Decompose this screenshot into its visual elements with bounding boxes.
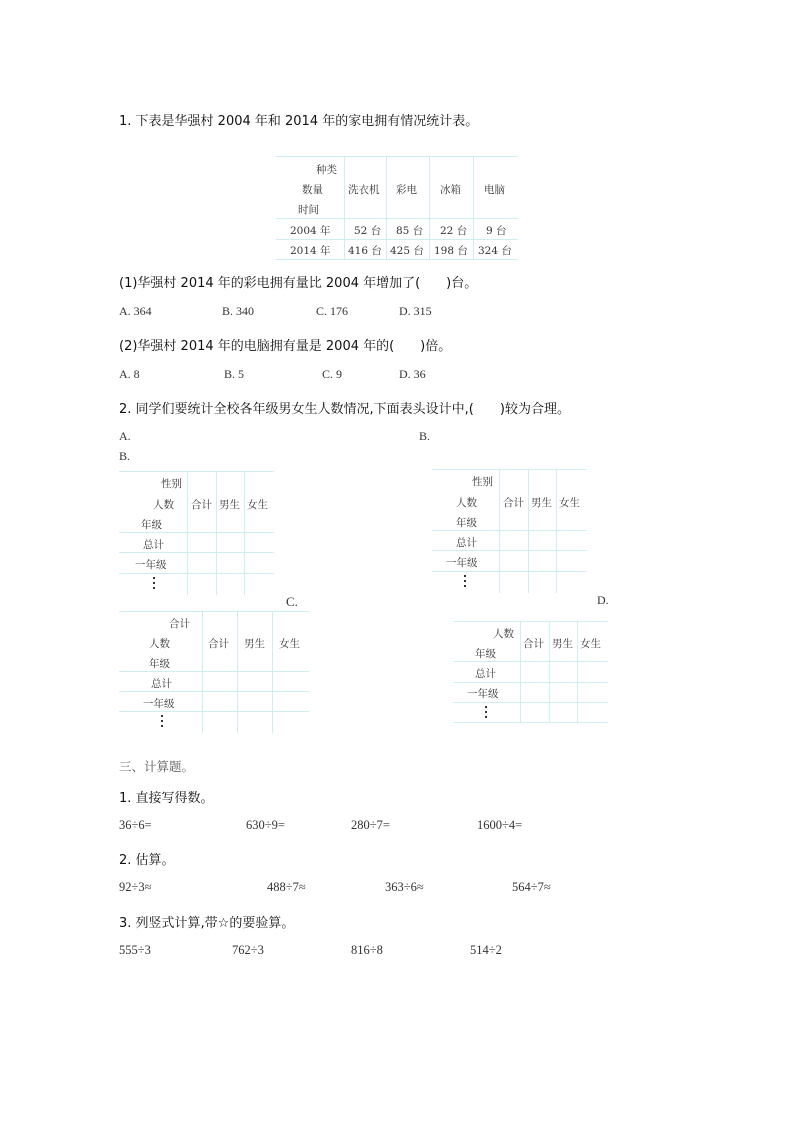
- cell-2004-computer: 9 台: [486, 223, 507, 238]
- cell-2014-washer: 416 台: [348, 243, 382, 258]
- corner-count-label: 人数: [153, 497, 174, 512]
- row-label-2004: 2004 年: [290, 223, 331, 238]
- column-girls: 女生: [580, 636, 601, 651]
- ellipsis-icon: [485, 706, 487, 721]
- row-grade-one: 一年级: [143, 696, 175, 711]
- corner-grade-label: 年级: [149, 656, 170, 671]
- column-header-computer: 电脑: [484, 182, 505, 197]
- label-d: D.: [597, 593, 609, 608]
- option-d: D. 315: [399, 304, 432, 319]
- corner-gender-label: 性别: [472, 474, 493, 489]
- corner-grade-label: 年级: [456, 515, 477, 530]
- column-total: 合计: [503, 495, 524, 510]
- vertical-calc-item: 514÷2: [470, 943, 502, 958]
- direct-calc-item: 630÷9=: [246, 818, 285, 833]
- option-b: B. 340: [222, 304, 254, 319]
- label-a: A.: [119, 429, 131, 444]
- row-total: 总计: [143, 537, 164, 552]
- header-table-d: 人数 年级 合计 男生 女生 总计 一年级: [453, 621, 608, 723]
- option-a: A. 8: [119, 367, 140, 382]
- header-table-a: 性别 人数 年级 合计 男生 女生 总计 一年级: [119, 471, 274, 595]
- header-table-c: 合计 人数 年级 合计 男生 女生 总计 一年级: [119, 611, 309, 733]
- corner-total-label: 合计: [169, 616, 190, 631]
- column-boys: 男生: [219, 497, 240, 512]
- sub-question-2: (2)华强村 2014 年的电脑拥有量是 2004 年的( )倍。: [119, 335, 451, 354]
- row-grade-one: 一年级: [467, 686, 499, 701]
- row-grade-one: 一年级: [446, 555, 478, 570]
- option-c: C. 9: [322, 367, 342, 382]
- vertical-calc-item: 555÷3: [119, 943, 151, 958]
- label-b-right: B.: [419, 429, 430, 444]
- estimate-item: 363÷6≈: [385, 880, 424, 895]
- ellipsis-icon: [153, 577, 155, 592]
- cell-2004-washer: 52 台: [354, 223, 381, 238]
- corner-quantity-label: 数量: [302, 182, 323, 197]
- vertical-calc-item: 816÷8: [351, 943, 383, 958]
- option-a: A. 364: [119, 304, 152, 319]
- question-1-title: 1. 下表是华强村 2004 年和 2014 年的家电拥有情况统计表。: [119, 110, 478, 129]
- row-grade-one: 一年级: [135, 557, 167, 572]
- vertical-calc-item: 762÷3: [232, 943, 264, 958]
- corner-count-label: 人数: [456, 495, 477, 510]
- row-total: 总计: [475, 666, 496, 681]
- corner-category-label: 种类: [316, 162, 337, 177]
- option-b: B. 5: [224, 367, 244, 382]
- row-total: 总计: [151, 676, 172, 691]
- column-total: 合计: [208, 636, 229, 651]
- section-3-heading: 三、计算题。: [119, 757, 194, 775]
- corner-grade-label: 年级: [475, 646, 496, 661]
- cell-2014-tv: 425 台: [390, 243, 424, 258]
- sub-question-1: (1)华强村 2014 年的彩电拥有量比 2004 年增加了( )台。: [119, 272, 477, 291]
- column-header-washer: 洗衣机: [348, 182, 380, 197]
- column-girls: 女生: [279, 636, 300, 651]
- cell-2004-fridge: 22 台: [440, 223, 467, 238]
- column-header-fridge: 冰箱: [440, 182, 461, 197]
- cell-2004-tv: 85 台: [396, 223, 423, 238]
- corner-time-label: 时间: [298, 202, 319, 217]
- column-boys: 男生: [244, 636, 265, 651]
- ellipsis-icon: [161, 715, 163, 730]
- corner-grade-label: 年级: [141, 517, 162, 532]
- section-3-q1-title: 1. 直接写得数。: [119, 787, 214, 806]
- column-girls: 女生: [247, 497, 268, 512]
- option-d: D. 36: [399, 367, 426, 382]
- cell-2014-computer: 324 台: [478, 243, 512, 258]
- column-boys: 男生: [531, 495, 552, 510]
- column-total: 合计: [191, 497, 212, 512]
- ellipsis-icon: [464, 575, 466, 590]
- estimate-item: 92÷3≈: [119, 880, 151, 895]
- row-label-2014: 2014 年: [290, 243, 331, 258]
- column-boys: 男生: [552, 636, 573, 651]
- label-c: C.: [286, 594, 298, 610]
- label-b-left: B.: [119, 449, 130, 464]
- corner-gender-label: 性别: [161, 476, 182, 491]
- direct-calc-item: 36÷6=: [119, 818, 152, 833]
- corner-count-label: 人数: [493, 626, 514, 641]
- row-total: 总计: [456, 535, 477, 550]
- column-header-tv: 彩电: [396, 182, 417, 197]
- column-girls: 女生: [559, 495, 580, 510]
- appliance-table: 种类 数量 时间 洗衣机 彩电 冰箱 电脑 2004 年 52 台 85 台 2…: [276, 156, 518, 260]
- direct-calc-item: 1600÷4=: [477, 818, 522, 833]
- option-c: C. 176: [316, 304, 348, 319]
- estimate-item: 488÷7≈: [267, 880, 306, 895]
- direct-calc-item: 280÷7=: [351, 818, 390, 833]
- corner-count-label: 人数: [149, 636, 170, 651]
- header-table-b: 性别 人数 年级 合计 男生 女生 总计 一年级: [432, 469, 587, 593]
- section-3-q3-title: 3. 列竖式计算,带☆的要验算。: [119, 912, 294, 931]
- question-2-title: 2. 同学们要统计全校各年级男女生人数情况,下面表头设计中,( )较为合理。: [119, 398, 570, 417]
- section-3-q2-title: 2. 估算。: [119, 849, 175, 868]
- cell-2014-fridge: 198 台: [434, 243, 468, 258]
- column-total: 合计: [523, 636, 544, 651]
- estimate-item: 564÷7≈: [512, 880, 551, 895]
